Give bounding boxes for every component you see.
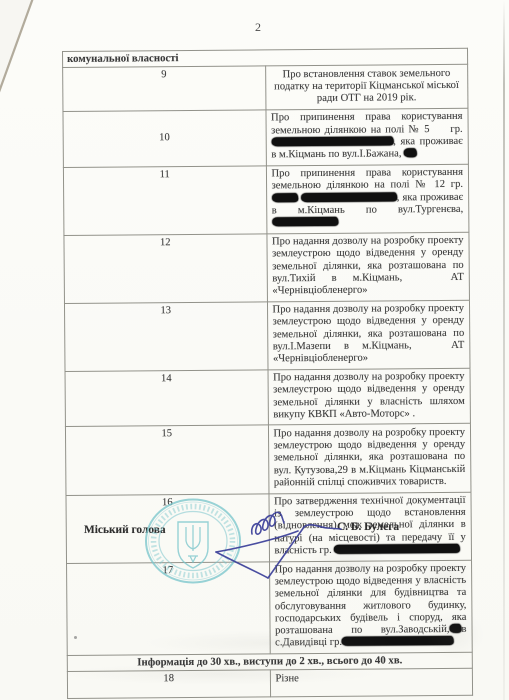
table-row: 18Різне bbox=[67, 668, 472, 698]
row-text: Різне bbox=[270, 668, 473, 697]
table-row: 10Про припинення права користування земе… bbox=[63, 108, 468, 167]
redaction-bar bbox=[449, 624, 461, 633]
table-row: 15Про надання дозволу на розробку проект… bbox=[65, 424, 471, 495]
signatory-name: С. Б. Булега bbox=[337, 521, 399, 533]
table-row: 14Про надання дозволу на розробку проект… bbox=[65, 368, 470, 427]
agenda-table-body: комунальної власності9Про встановлення с… bbox=[63, 48, 473, 698]
redaction-bar bbox=[272, 193, 298, 202]
row-number: 14 bbox=[65, 370, 268, 427]
table-row: 11Про припинення права користування земе… bbox=[63, 164, 469, 235]
row-text: Про припинення права користування земель… bbox=[266, 164, 469, 234]
row-text: Про надання дозволу на розробку проекту … bbox=[266, 232, 469, 302]
redaction-bar bbox=[404, 148, 417, 157]
page-number: 2 bbox=[248, 20, 268, 35]
signatory-title: Міський голова bbox=[84, 524, 166, 536]
redaction-bar bbox=[334, 544, 460, 554]
redaction-bar bbox=[301, 192, 397, 202]
scan-page-edge bbox=[503, 0, 505, 700]
row-number: 17 bbox=[67, 561, 270, 655]
row-text: Про надання дозволу на розробку проекту … bbox=[267, 300, 470, 370]
row-number: 12 bbox=[64, 234, 267, 304]
row-text: Про надання дозволу на розробку проекту … bbox=[269, 560, 472, 654]
row-text: Про встановлення ставок земельного подат… bbox=[265, 65, 468, 110]
agenda-table-wrap: комунальної власності9Про встановлення с… bbox=[62, 48, 473, 699]
table-row: 12Про надання дозволу на розробку проект… bbox=[64, 232, 470, 303]
row-number: 15 bbox=[65, 425, 268, 495]
redaction-bar bbox=[272, 217, 338, 227]
row-number: 10 bbox=[63, 110, 266, 167]
table-row: 17Про надання дозволу на розробку проект… bbox=[67, 560, 473, 656]
scan-speck bbox=[74, 636, 77, 639]
scanned-document-page: 2 комунальної власності9Про встановлення… bbox=[0, 0, 509, 700]
row-number: 13 bbox=[64, 302, 267, 372]
row-text: Про припинення права користування земель… bbox=[265, 108, 468, 165]
agenda-table: комунальної власності9Про встановлення с… bbox=[62, 48, 473, 699]
row-number: 18 bbox=[67, 670, 270, 699]
row-number: 9 bbox=[63, 66, 266, 111]
redaction-bar bbox=[271, 136, 393, 146]
row-text: Про надання дозволу на розробку проекту … bbox=[268, 424, 471, 494]
row-number: 11 bbox=[63, 166, 266, 236]
row-text: Про надання дозволу на розробку проекту … bbox=[268, 368, 471, 425]
scan-corner-fold-line bbox=[0, 0, 42, 96]
redaction-bar bbox=[342, 636, 454, 646]
table-row: 13Про надання дозволу на розробку проект… bbox=[64, 300, 470, 371]
table-row: 9Про встановлення ставок земельного пода… bbox=[63, 65, 468, 112]
